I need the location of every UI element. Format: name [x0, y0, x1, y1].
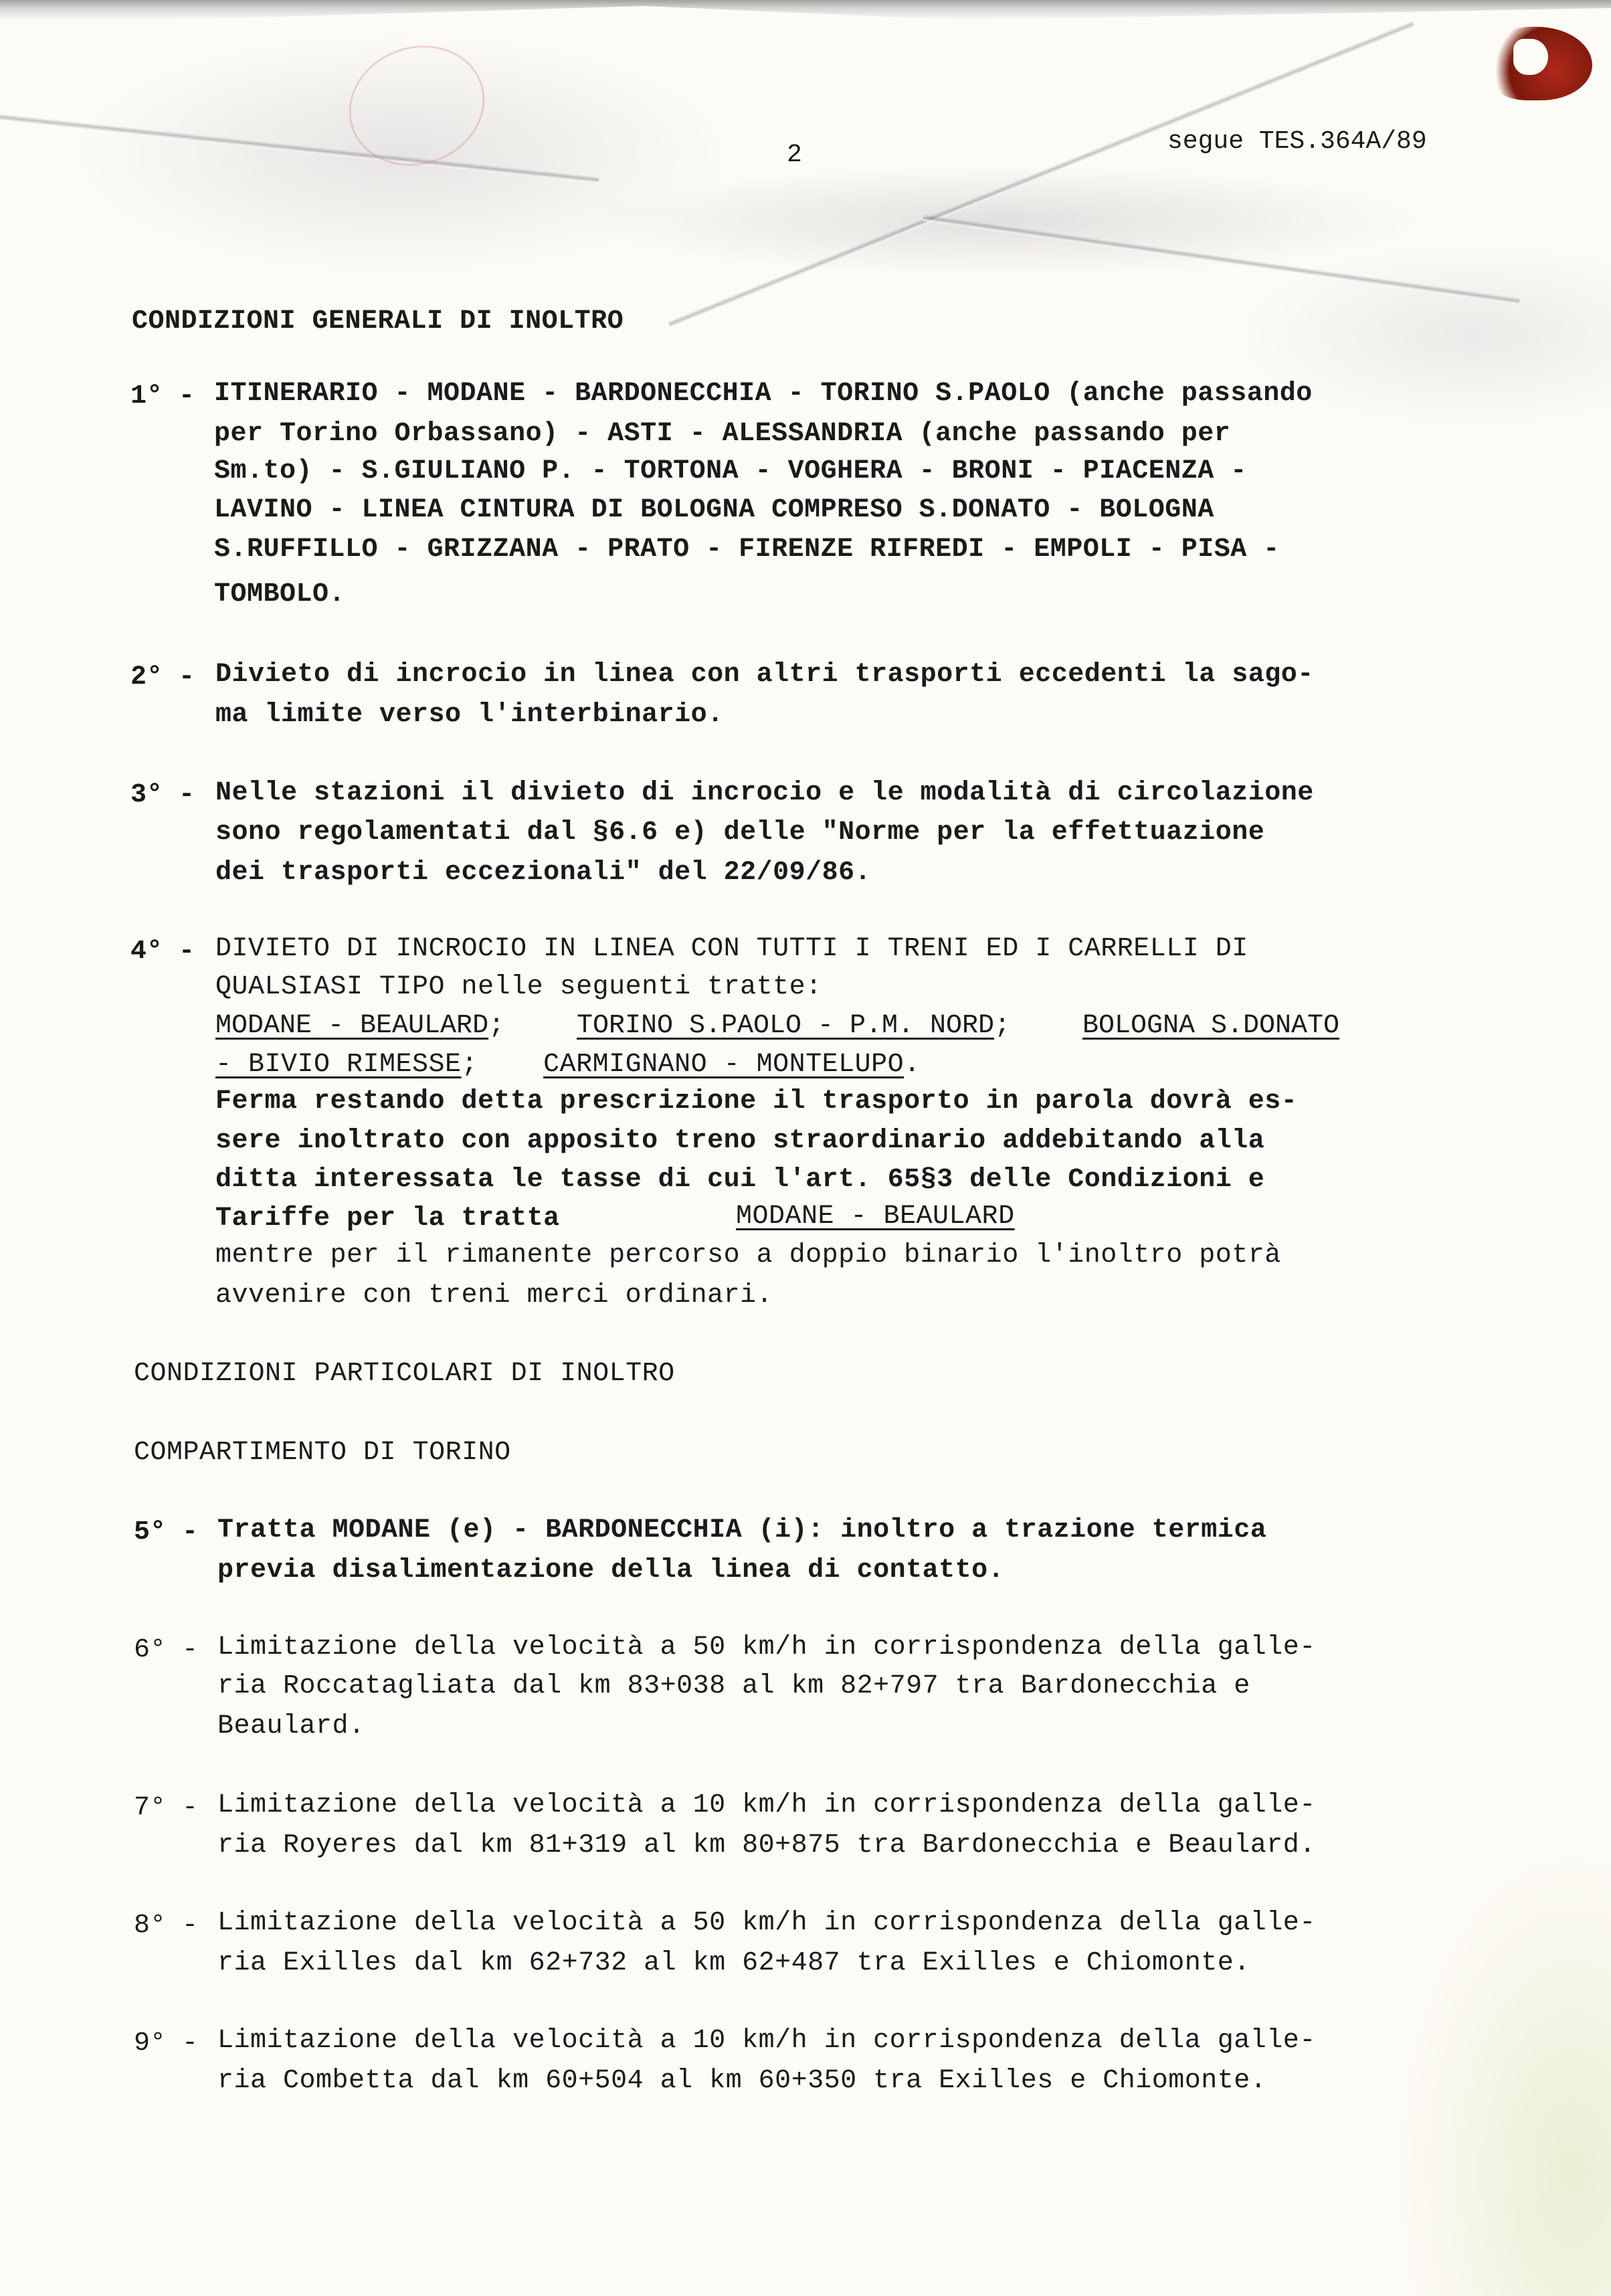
item-line: Limitazione della velocità a 50 km/h in … [217, 1628, 1316, 1667]
item-number: 2° - [130, 662, 195, 692]
item-number: 1° - [130, 381, 195, 411]
item-number: 9° - [134, 2028, 198, 2059]
item-line: ITINERARIO - MODANE - BARDONECCHIA - TOR… [214, 375, 1313, 413]
item-line: previa disalimentazione della linea di c… [217, 1551, 1004, 1590]
item-line: Limitazione della velocità a 10 km/h in … [217, 2022, 1316, 2061]
tratta-torino-pm-nord: TORINO S.PAOLO - P.M. NORD; [577, 1007, 1010, 1046]
stain-hole [1513, 39, 1548, 75]
item-number: 3° - [130, 780, 195, 810]
document-reference: segue TES.364A/89 [1167, 127, 1427, 156]
tariffe-tratta: MODANE - BEAULARD [736, 1198, 1015, 1236]
tratte-line-1: MODANE - BEAULARD; TORINO S.PAOLO - P.M.… [215, 1007, 1339, 1046]
item-line: S.RUFFILLO - GRIZZANA - PRATO - FIRENZE … [214, 531, 1280, 569]
item-line: avvenire con treni merci ordinari. [215, 1276, 773, 1315]
item-number: 6° - [134, 1635, 198, 1665]
item-line: Limitazione della velocità a 50 km/h in … [217, 1904, 1316, 1943]
section-title-general: CONDIZIONI GENERALI DI INOLTRO [132, 302, 624, 341]
item-line: TOMBOLO. [214, 575, 345, 614]
item-line: ria Exilles dal km 62+732 al km 62+487 t… [217, 1944, 1250, 1983]
item-line: Beaulard. [217, 1707, 365, 1746]
item-line: dei trasporti eccezionali" del 22/09/86. [215, 854, 871, 892]
item-line: sere inoltrato con apposito treno straor… [215, 1122, 1264, 1161]
tratta-carmignano-montelupo: CARMIGNANO - MONTELUPO [543, 1050, 904, 1080]
item-line: ma limite verso l'interbinario. [215, 696, 724, 735]
item-line: per Torino Orbassano) - ASTI - ALESSANDR… [214, 415, 1230, 454]
item-line: LAVINO - LINEA CINTURA DI BOLOGNA COMPRE… [214, 491, 1214, 530]
item-line: Ferma restando detta prescrizione il tra… [215, 1082, 1297, 1121]
tratta-bivio-rimesse: - BIVIO RIMESSE [215, 1050, 462, 1080]
item-line: Nelle stazioni il divieto di incrocio e … [215, 774, 1314, 813]
item-number: 4° - [130, 937, 195, 967]
item-line: ditta interessata le tasse di cui l'art.… [215, 1161, 1264, 1200]
item-number: 8° - [134, 1911, 198, 1941]
item-line: sono regolamentati dal §6.6 e) delle "No… [215, 814, 1264, 852]
tratta-modane-beaulard: MODANE - BEAULARD; [215, 1007, 504, 1046]
item-line: ria Royeres dal km 81+319 al km 80+875 t… [217, 1826, 1316, 1865]
item-line: QUALSIASI TIPO nelle seguenti tratte: [215, 968, 822, 1007]
item-number: 7° - [134, 1793, 198, 1823]
item-line: mentre per il rimanente percorso a doppi… [215, 1236, 1281, 1275]
item-line: Divieto di incrocio in linea con altri t… [215, 656, 1314, 694]
tratte-line-2: - BIVIO RIMESSE; CARMIGNANO - MONTELUPO. [215, 1046, 921, 1084]
section-title-particular: CONDIZIONI PARTICOLARI DI INOLTRO [134, 1355, 675, 1394]
tratta-bologna-sdonato: BOLOGNA S.DONATO [1082, 1007, 1339, 1046]
tariffe-label: Tariffe per la tratta [215, 1200, 560, 1238]
item-line: Limitazione della velocità a 10 km/h in … [217, 1786, 1316, 1825]
item-line: DIVIETO DI INCROCIO IN LINEA CON TUTTI I… [215, 930, 1248, 969]
item-line: Tratta MODANE (e) - BARDONECCHIA (i): in… [217, 1511, 1266, 1550]
item-line: Sm.to) - S.GIULIANO P. - TORTONA - VOGHE… [214, 452, 1247, 491]
item-line: ria Roccatagliata dal km 83+038 al km 82… [217, 1667, 1250, 1706]
section-subtitle-compartimento: COMPARTIMENTO DI TORINO [134, 1434, 511, 1472]
item-line: ria Combetta dal km 60+504 al km 60+350 … [217, 2062, 1266, 2101]
item-number: 5° - [134, 1517, 198, 1547]
page-number: 2 [787, 140, 802, 169]
